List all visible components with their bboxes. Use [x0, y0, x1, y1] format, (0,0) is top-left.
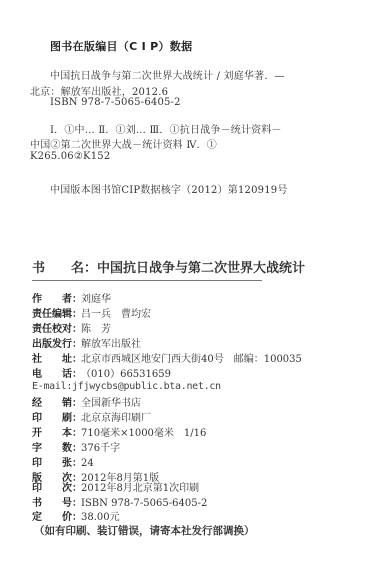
cip-class-line-2: 中国②第二次世界大战－统计资料 Ⅳ．① — [30, 136, 217, 151]
field-label: 经 销： — [32, 394, 81, 409]
field-label: 开 本： — [32, 424, 81, 439]
cip-class-line-3: K265.06②K152 — [30, 151, 110, 162]
field-label: 责任编辑： — [32, 305, 81, 320]
field-address: 社 址：北京市西城区地安门西大街40号 邮编：100035 — [32, 350, 302, 365]
field-value: 38.00元 — [81, 512, 120, 523]
cip-line-2: 北京：解放军出版社，2012.6 — [30, 83, 168, 98]
cip-line-1: 中国抗日战争与第二次世界大战统计 / 刘庭华著．— — [50, 67, 285, 82]
field-label: 印 刷： — [32, 409, 81, 424]
field-value: 376千字 — [81, 443, 120, 454]
field-value: 北京京海印刷厂 — [81, 413, 151, 424]
exchange-note: （如有印刷、装订错误，请寄本社发行部调换） — [34, 523, 255, 538]
field-editor: 责任编辑：吕一兵 曹均宏 — [32, 305, 151, 320]
field-value: 陈 芳 — [81, 324, 111, 335]
field-value: 刘庭华 — [81, 294, 111, 305]
field-value: 2012年8月北京第1次印刷 — [81, 483, 199, 494]
field-label: 定 价： — [32, 508, 81, 523]
field-phone: 电 话：（010）66531659 — [32, 365, 171, 380]
field-label: 出版发行： — [32, 335, 81, 350]
book-title-label: 书 名： — [32, 261, 97, 276]
book-title-row: 书 名：中国抗日战争与第二次世界大战统计 — [32, 257, 305, 276]
field-label: 印 张： — [32, 454, 81, 469]
field-price: 定 价：38.00元 — [32, 508, 120, 523]
field-publisher: 出版发行：解放军出版社 — [32, 335, 141, 350]
field-distributor: 经 销：全国新华书店 — [32, 394, 141, 409]
field-value: 北京市西城区地安门西大街40号 邮编：100035 — [81, 354, 302, 365]
cip-heading: 图书在版编目（C I P）数据 — [50, 38, 192, 54]
field-value: 710毫米×1000毫米 1/16 — [81, 428, 206, 439]
field-value: 解放军出版社 — [81, 339, 141, 350]
field-isbn: 书 号：ISBN 978-7-5065-6405-2 — [32, 494, 207, 509]
field-value: 24 — [81, 458, 94, 469]
field-format: 开 本：710毫米×1000毫米 1/16 — [32, 424, 206, 439]
field-label: 作 者： — [32, 290, 81, 305]
field-printer: 印 刷：北京京海印刷厂 — [32, 409, 151, 424]
field-label: 电 话： — [32, 365, 81, 380]
field-email: E-mail:jfjwycbs@public.bta.net.cn — [32, 381, 221, 392]
field-label: 责任校对： — [32, 320, 81, 335]
field-label: 书 号： — [32, 494, 81, 509]
field-author: 作 者：刘庭华 — [32, 290, 111, 305]
field-printing: 印 次：2012年8月北京第1次印刷 — [32, 479, 199, 494]
field-value: 全国新华书店 — [81, 398, 141, 409]
field-word-count: 字 数：376千字 — [32, 439, 120, 454]
field-label: 印 次： — [32, 479, 81, 494]
field-value: 吕一兵 曹均宏 — [81, 309, 151, 320]
field-proofreader: 责任校对：陈 芳 — [32, 320, 111, 335]
cip-class-line-1: Ⅰ．①中… Ⅱ．①刘… Ⅲ．①抗日战争－统计资料－ — [50, 121, 282, 136]
field-value: （010）66531659 — [81, 369, 171, 380]
cip-isbn: ISBN 978-7-5065-6405-2 — [50, 97, 181, 108]
field-sheets: 印 张：24 — [32, 454, 94, 469]
title-divider — [32, 280, 262, 281]
book-title: 中国抗日战争与第二次世界大战统计 — [97, 261, 305, 276]
field-label: 社 址： — [32, 350, 81, 365]
field-label: 字 数： — [32, 439, 81, 454]
cip-verification: 中国版本图书馆CIP数据核字（2012）第120919号 — [50, 181, 288, 196]
